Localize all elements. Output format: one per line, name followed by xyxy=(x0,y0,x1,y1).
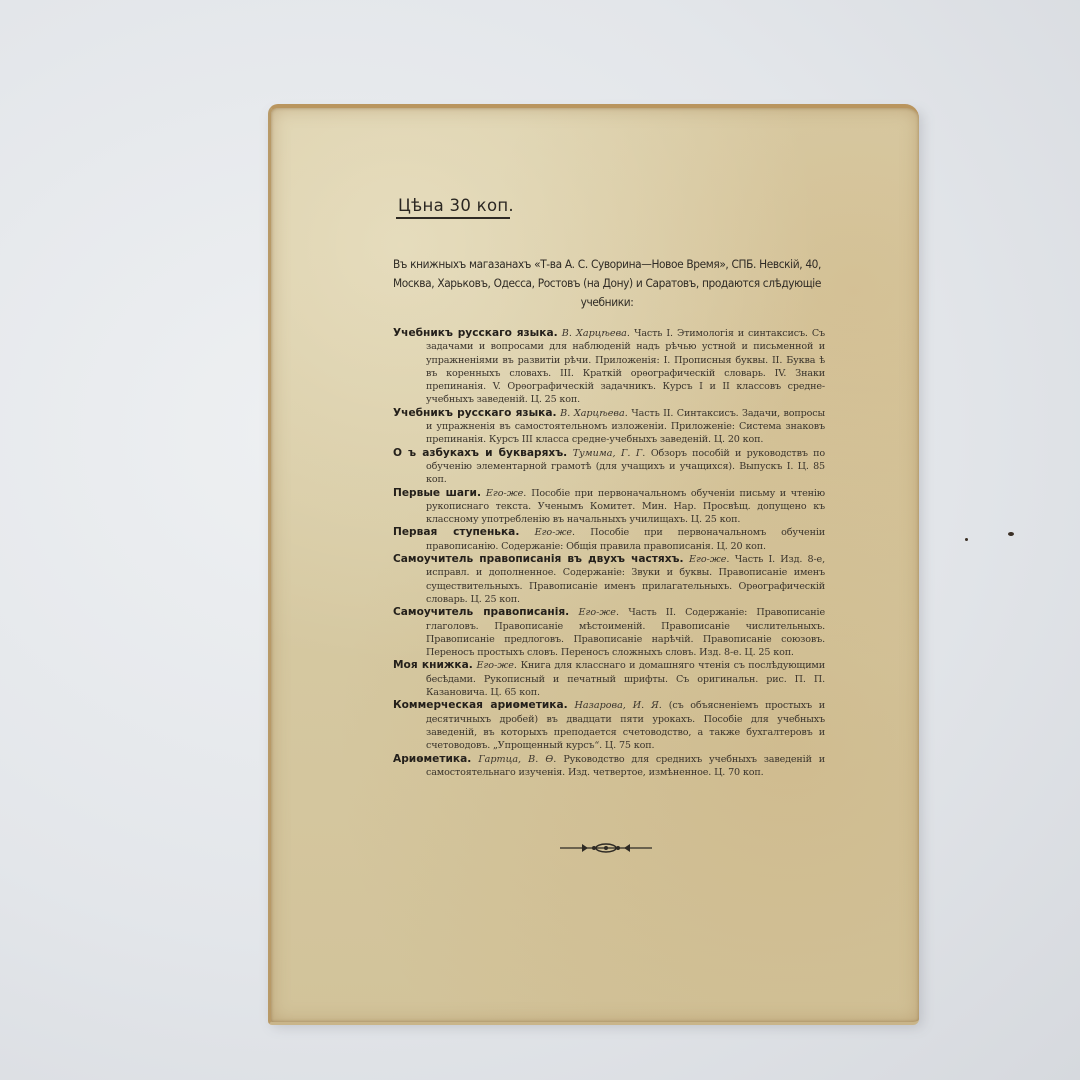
book-title: Самоучитель правописанія. xyxy=(393,606,569,618)
book-author: Его-же. xyxy=(684,554,735,565)
book-author: В. Харцѣева. xyxy=(557,408,632,419)
book-title: Самоучитель правописанія въ двухъ частях… xyxy=(393,553,684,565)
book-title: О ъ азбукахъ и букваряхъ. xyxy=(393,447,567,459)
catalog-entry: Первые шаги. Его-же. Пособіе при первона… xyxy=(393,487,825,527)
catalog-entry: О ъ азбукахъ и букваряхъ. Тумима, Г. Г. … xyxy=(393,447,825,487)
catalog-entry: Самоучитель правописанія въ двухъ частях… xyxy=(393,553,825,606)
price-label: Цѣна 30 коп. xyxy=(398,196,514,215)
fleuron-ornament-icon xyxy=(560,841,652,855)
book-title: Первые шаги. xyxy=(393,487,481,499)
book-author: В. Харцѣева. xyxy=(558,328,634,339)
catalog-entry: Самоучитель правописанія. Его-же. Часть … xyxy=(393,606,825,659)
book-author: Назарова, И. Я. xyxy=(568,700,669,711)
catalog-entry: Первая ступенька. Его-же. Пособіе при пе… xyxy=(393,526,825,553)
catalog-entry: Учебникъ русскаго языка. В. Харцѣева. Ча… xyxy=(393,407,825,447)
book-author: Его-же. xyxy=(569,607,628,618)
book-author: Гартца, В. Ѳ. xyxy=(471,754,563,765)
book-author: Его-же. xyxy=(481,488,531,499)
catalog-entry: Моя книжка. Его-же. Книга для класснаго … xyxy=(393,659,825,699)
catalog-entry: Коммерческая ариѳметика. Назарова, И. Я.… xyxy=(393,699,825,752)
bookstore-intro: Въ книжныхъ магазанахъ «Т-ва А. С. Сувор… xyxy=(393,255,821,312)
catalog-entry: Ариѳметика. Гартца, В. Ѳ. Руководство дл… xyxy=(393,753,825,780)
book-author: Тумима, Г. Г. xyxy=(567,448,651,459)
catalog-entry: Учебникъ русскаго языка. В. Харцѣева. Ча… xyxy=(393,327,825,407)
book-title: Первая ступенька. xyxy=(393,526,519,538)
catalog-list: Учебникъ русскаго языка. В. Харцѣева. Ча… xyxy=(393,327,825,779)
paper-speck xyxy=(965,538,968,541)
book-author: Его-же. xyxy=(473,660,521,671)
book-title: Моя книжка. xyxy=(393,659,473,671)
paper-speck xyxy=(1008,532,1014,536)
book-title: Ариѳметика. xyxy=(393,753,471,765)
book-author: Его-же. xyxy=(519,527,590,538)
price-underline xyxy=(396,217,510,219)
book-title: Учебникъ русскаго языка. xyxy=(393,327,558,339)
book-title: Учебникъ русскаго языка. xyxy=(393,407,557,419)
book-description: Часть I. Этимологія и синтаксисъ. Съ зад… xyxy=(426,328,825,405)
book-title: Коммерческая ариѳметика. xyxy=(393,699,568,711)
